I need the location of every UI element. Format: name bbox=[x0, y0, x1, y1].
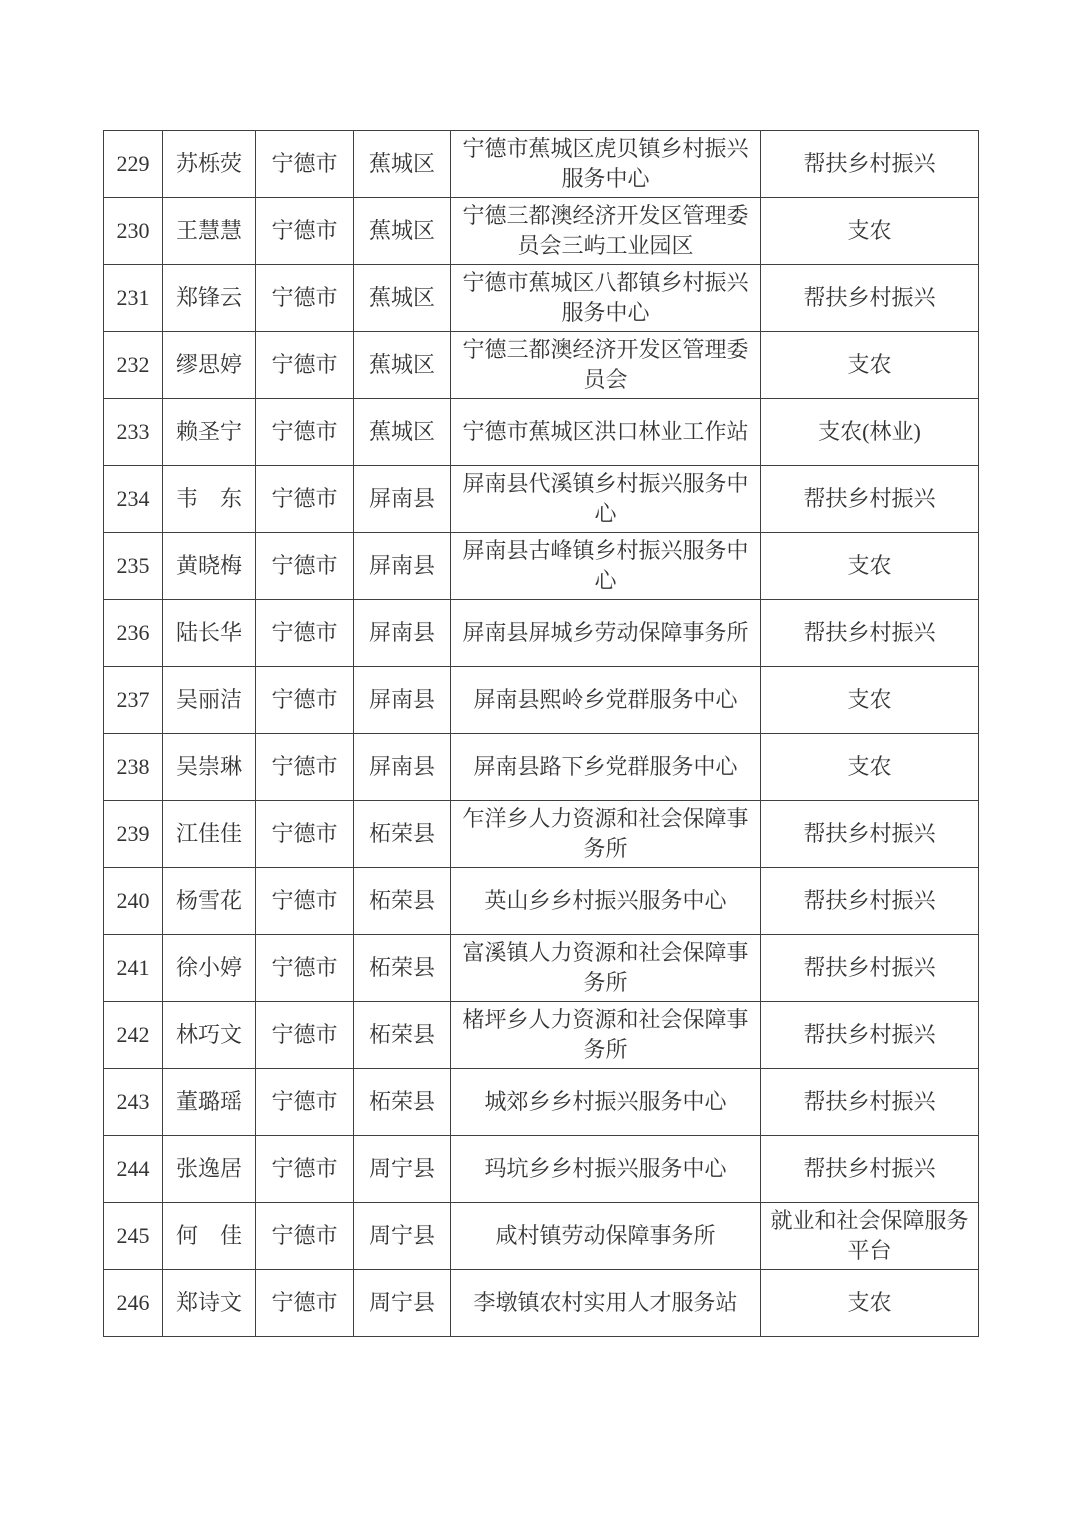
cell-name: 王慧慧 bbox=[163, 198, 256, 265]
cell-name: 黄晓梅 bbox=[163, 533, 256, 600]
cell-no: 230 bbox=[104, 198, 163, 265]
cell-category: 支农 bbox=[761, 1270, 979, 1337]
cell-name: 吴丽洁 bbox=[163, 667, 256, 734]
cell-no: 244 bbox=[104, 1136, 163, 1203]
cell-county: 蕉城区 bbox=[354, 131, 451, 198]
table-row: 238吴崇琳宁德市屏南县屏南县路下乡党群服务中心支农 bbox=[104, 734, 979, 801]
cell-city: 宁德市 bbox=[256, 667, 354, 734]
cell-category: 帮扶乡村振兴 bbox=[761, 1136, 979, 1203]
cell-county: 屏南县 bbox=[354, 667, 451, 734]
cell-name: 董璐瑶 bbox=[163, 1069, 256, 1136]
cell-no: 237 bbox=[104, 667, 163, 734]
cell-city: 宁德市 bbox=[256, 1203, 354, 1270]
cell-no: 235 bbox=[104, 533, 163, 600]
cell-county: 蕉城区 bbox=[354, 399, 451, 466]
cell-institution: 宁德市蕉城区虎贝镇乡村振兴服务中心 bbox=[451, 131, 761, 198]
cell-no: 246 bbox=[104, 1270, 163, 1337]
cell-category: 支农(林业) bbox=[761, 399, 979, 466]
cell-institution: 宁德市蕉城区八都镇乡村振兴服务中心 bbox=[451, 265, 761, 332]
cell-city: 宁德市 bbox=[256, 466, 354, 533]
cell-no: 241 bbox=[104, 935, 163, 1002]
cell-name: 何 佳 bbox=[163, 1203, 256, 1270]
cell-category: 支农 bbox=[761, 332, 979, 399]
table-row: 241徐小婷宁德市柘荣县富溪镇人力资源和社会保障事务所帮扶乡村振兴 bbox=[104, 935, 979, 1002]
cell-no: 243 bbox=[104, 1069, 163, 1136]
roster-table-body: 229苏栎荧宁德市蕉城区宁德市蕉城区虎贝镇乡村振兴服务中心帮扶乡村振兴230王慧… bbox=[104, 131, 979, 1337]
cell-category: 帮扶乡村振兴 bbox=[761, 131, 979, 198]
cell-institution: 屏南县古峰镇乡村振兴服务中心 bbox=[451, 533, 761, 600]
cell-no: 245 bbox=[104, 1203, 163, 1270]
cell-city: 宁德市 bbox=[256, 935, 354, 1002]
cell-county: 柘荣县 bbox=[354, 935, 451, 1002]
cell-name: 苏栎荧 bbox=[163, 131, 256, 198]
table-row: 245何 佳宁德市周宁县咸村镇劳动保障事务所就业和社会保障服务平台 bbox=[104, 1203, 979, 1270]
cell-institution: 玛坑乡乡村振兴服务中心 bbox=[451, 1136, 761, 1203]
cell-county: 柘荣县 bbox=[354, 1002, 451, 1069]
cell-institution: 李墩镇农村实用人才服务站 bbox=[451, 1270, 761, 1337]
cell-category: 帮扶乡村振兴 bbox=[761, 1069, 979, 1136]
cell-name: 杨雪花 bbox=[163, 868, 256, 935]
cell-institution: 屏南县屏城乡劳动保障事务所 bbox=[451, 600, 761, 667]
document-page: 229苏栎荧宁德市蕉城区宁德市蕉城区虎贝镇乡村振兴服务中心帮扶乡村振兴230王慧… bbox=[0, 0, 1080, 1528]
cell-category: 帮扶乡村振兴 bbox=[761, 1002, 979, 1069]
cell-institution: 屏南县路下乡党群服务中心 bbox=[451, 734, 761, 801]
cell-county: 周宁县 bbox=[354, 1203, 451, 1270]
table-row: 234韦 东宁德市屏南县屏南县代溪镇乡村振兴服务中心帮扶乡村振兴 bbox=[104, 466, 979, 533]
cell-city: 宁德市 bbox=[256, 801, 354, 868]
cell-category: 帮扶乡村振兴 bbox=[761, 600, 979, 667]
cell-city: 宁德市 bbox=[256, 600, 354, 667]
cell-name: 郑锋云 bbox=[163, 265, 256, 332]
cell-name: 徐小婷 bbox=[163, 935, 256, 1002]
cell-no: 242 bbox=[104, 1002, 163, 1069]
table-row: 239江佳佳宁德市柘荣县乍洋乡人力资源和社会保障事务所帮扶乡村振兴 bbox=[104, 801, 979, 868]
table-row: 232缪思婷宁德市蕉城区宁德三都澳经济开发区管理委员会支农 bbox=[104, 332, 979, 399]
cell-institution: 咸村镇劳动保障事务所 bbox=[451, 1203, 761, 1270]
cell-category: 帮扶乡村振兴 bbox=[761, 466, 979, 533]
cell-city: 宁德市 bbox=[256, 1136, 354, 1203]
cell-county: 周宁县 bbox=[354, 1270, 451, 1337]
table-row: 233赖圣宁宁德市蕉城区宁德市蕉城区洪口林业工作站支农(林业) bbox=[104, 399, 979, 466]
cell-institution: 屏南县代溪镇乡村振兴服务中心 bbox=[451, 466, 761, 533]
cell-name: 林巧文 bbox=[163, 1002, 256, 1069]
cell-category: 支农 bbox=[761, 734, 979, 801]
cell-county: 蕉城区 bbox=[354, 198, 451, 265]
cell-name: 韦 东 bbox=[163, 466, 256, 533]
cell-no: 231 bbox=[104, 265, 163, 332]
cell-city: 宁德市 bbox=[256, 399, 354, 466]
cell-county: 屏南县 bbox=[354, 734, 451, 801]
table-row: 243董璐瑶宁德市柘荣县城郊乡乡村振兴服务中心帮扶乡村振兴 bbox=[104, 1069, 979, 1136]
cell-category: 帮扶乡村振兴 bbox=[761, 868, 979, 935]
cell-category: 帮扶乡村振兴 bbox=[761, 801, 979, 868]
cell-institution: 乍洋乡人力资源和社会保障事务所 bbox=[451, 801, 761, 868]
cell-category: 帮扶乡村振兴 bbox=[761, 265, 979, 332]
cell-no: 233 bbox=[104, 399, 163, 466]
cell-no: 240 bbox=[104, 868, 163, 935]
table-row: 229苏栎荧宁德市蕉城区宁德市蕉城区虎贝镇乡村振兴服务中心帮扶乡村振兴 bbox=[104, 131, 979, 198]
cell-no: 236 bbox=[104, 600, 163, 667]
cell-county: 柘荣县 bbox=[354, 801, 451, 868]
cell-name: 赖圣宁 bbox=[163, 399, 256, 466]
cell-institution: 宁德三都澳经济开发区管理委员会三屿工业园区 bbox=[451, 198, 761, 265]
table-row: 242林巧文宁德市柘荣县楮坪乡人力资源和社会保障事务所帮扶乡村振兴 bbox=[104, 1002, 979, 1069]
cell-city: 宁德市 bbox=[256, 734, 354, 801]
cell-city: 宁德市 bbox=[256, 868, 354, 935]
cell-city: 宁德市 bbox=[256, 533, 354, 600]
cell-category: 帮扶乡村振兴 bbox=[761, 935, 979, 1002]
cell-institution: 屏南县熙岭乡党群服务中心 bbox=[451, 667, 761, 734]
cell-no: 232 bbox=[104, 332, 163, 399]
cell-no: 238 bbox=[104, 734, 163, 801]
table-row: 237吴丽洁宁德市屏南县屏南县熙岭乡党群服务中心支农 bbox=[104, 667, 979, 734]
cell-name: 张逸居 bbox=[163, 1136, 256, 1203]
cell-category: 就业和社会保障服务平台 bbox=[761, 1203, 979, 1270]
cell-institution: 楮坪乡人力资源和社会保障事务所 bbox=[451, 1002, 761, 1069]
cell-county: 柘荣县 bbox=[354, 868, 451, 935]
cell-name: 江佳佳 bbox=[163, 801, 256, 868]
cell-name: 缪思婷 bbox=[163, 332, 256, 399]
cell-county: 柘荣县 bbox=[354, 1069, 451, 1136]
cell-name: 郑诗文 bbox=[163, 1270, 256, 1337]
cell-institution: 城郊乡乡村振兴服务中心 bbox=[451, 1069, 761, 1136]
cell-county: 屏南县 bbox=[354, 466, 451, 533]
cell-category: 支农 bbox=[761, 198, 979, 265]
cell-city: 宁德市 bbox=[256, 1270, 354, 1337]
cell-no: 239 bbox=[104, 801, 163, 868]
cell-institution: 英山乡乡村振兴服务中心 bbox=[451, 868, 761, 935]
cell-county: 周宁县 bbox=[354, 1136, 451, 1203]
cell-institution: 宁德三都澳经济开发区管理委员会 bbox=[451, 332, 761, 399]
cell-category: 支农 bbox=[761, 533, 979, 600]
cell-no: 229 bbox=[104, 131, 163, 198]
cell-city: 宁德市 bbox=[256, 332, 354, 399]
cell-city: 宁德市 bbox=[256, 1002, 354, 1069]
table-row: 244张逸居宁德市周宁县玛坑乡乡村振兴服务中心帮扶乡村振兴 bbox=[104, 1136, 979, 1203]
cell-no: 234 bbox=[104, 466, 163, 533]
cell-county: 屏南县 bbox=[354, 533, 451, 600]
cell-city: 宁德市 bbox=[256, 265, 354, 332]
table-row: 246郑诗文宁德市周宁县李墩镇农村实用人才服务站支农 bbox=[104, 1270, 979, 1337]
cell-category: 支农 bbox=[761, 667, 979, 734]
table-row: 230王慧慧宁德市蕉城区宁德三都澳经济开发区管理委员会三屿工业园区支农 bbox=[104, 198, 979, 265]
roster-table: 229苏栎荧宁德市蕉城区宁德市蕉城区虎贝镇乡村振兴服务中心帮扶乡村振兴230王慧… bbox=[103, 130, 979, 1337]
table-row: 236陆长华宁德市屏南县屏南县屏城乡劳动保障事务所帮扶乡村振兴 bbox=[104, 600, 979, 667]
cell-city: 宁德市 bbox=[256, 198, 354, 265]
cell-city: 宁德市 bbox=[256, 131, 354, 198]
cell-city: 宁德市 bbox=[256, 1069, 354, 1136]
cell-institution: 富溪镇人力资源和社会保障事务所 bbox=[451, 935, 761, 1002]
table-row: 235黄晓梅宁德市屏南县屏南县古峰镇乡村振兴服务中心支农 bbox=[104, 533, 979, 600]
cell-county: 屏南县 bbox=[354, 600, 451, 667]
cell-county: 蕉城区 bbox=[354, 265, 451, 332]
cell-name: 陆长华 bbox=[163, 600, 256, 667]
cell-institution: 宁德市蕉城区洪口林业工作站 bbox=[451, 399, 761, 466]
cell-county: 蕉城区 bbox=[354, 332, 451, 399]
table-row: 240杨雪花宁德市柘荣县英山乡乡村振兴服务中心帮扶乡村振兴 bbox=[104, 868, 979, 935]
cell-name: 吴崇琳 bbox=[163, 734, 256, 801]
table-row: 231郑锋云宁德市蕉城区宁德市蕉城区八都镇乡村振兴服务中心帮扶乡村振兴 bbox=[104, 265, 979, 332]
